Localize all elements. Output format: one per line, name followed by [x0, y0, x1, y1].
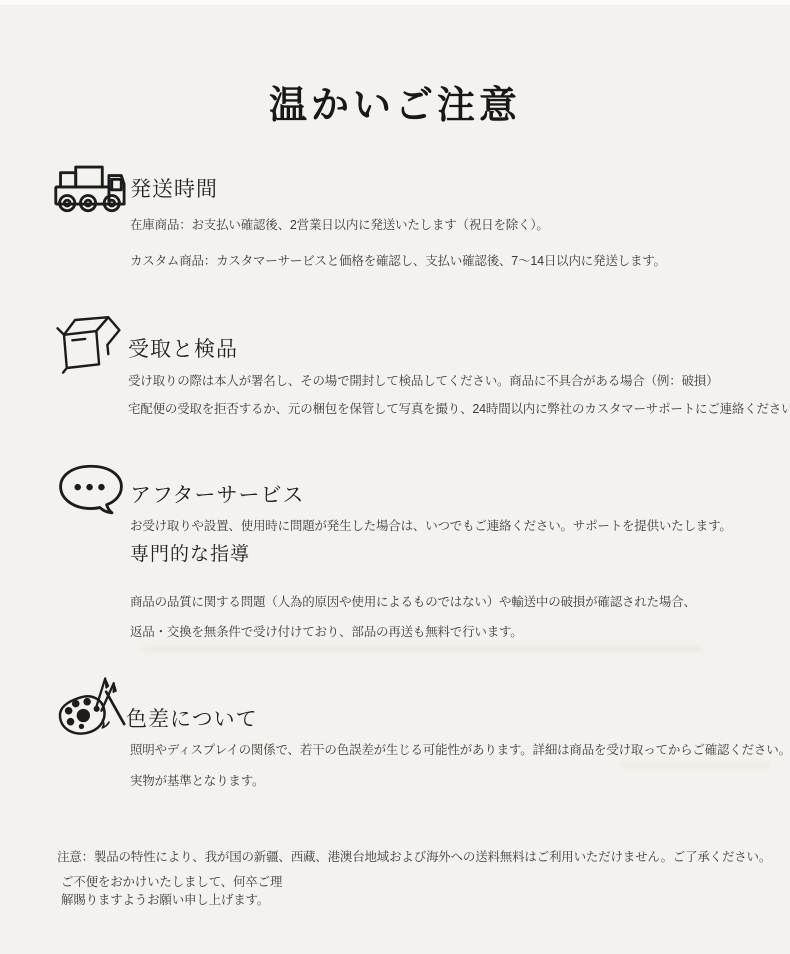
aftersales-line-1: お受け取りや設置、使用時に問題が発生した場合は、いつでもご連絡ください。サポート… — [130, 516, 732, 534]
note-line-1: 注意：製品の特性により、我が国の新疆、西藏、港澳台地域および海外への送料無料はご… — [57, 847, 771, 865]
section-heading-aftersales: アフターサービス — [130, 479, 305, 509]
shipping-line-2: カスタム商品：カスタマーサービスと価格を確認し、支払い確認後、7～14日以内に発… — [130, 251, 666, 269]
package-box-icon — [52, 310, 124, 378]
section-heading-shipping: 発送時間 — [130, 173, 218, 203]
receiving-line-1: 受け取りの際は本人が署名し、その場で開封して検品してください。商品に不具合がある… — [128, 371, 718, 389]
notice-page: 温かいご注意 発送時間 在庫商品：お支払い確認後、2営業日以内に発送いたします（… — [0, 0, 790, 954]
aftersales-line-2: 商品の品質に関する問題（人為的原因や使用によるものではない）や輸送中の破損が確認… — [130, 592, 696, 610]
section-heading-receiving: 受取と検品 — [128, 333, 238, 363]
ghost-text-artifact — [620, 762, 770, 767]
page-title: 温かいご注意 — [0, 74, 790, 129]
speech-bubble-icon — [53, 461, 129, 519]
ghost-text-artifact — [142, 646, 702, 652]
section-heading-color: 色差について — [126, 703, 258, 733]
paint-palette-icon — [52, 670, 128, 742]
color-line-2: 実物が基準となります。 — [130, 771, 264, 789]
receiving-line-2: 宅配便の受取を拒否するか、元の梱包を保管して写真を撮り、24時間以内に弊社のカス… — [128, 399, 790, 417]
aftersales-line-3: 返品・交換を無条件で受け付けており、部品の再送も無料で行います。 — [130, 622, 523, 640]
shipping-line-1: 在庫商品：お支払い確認後、2営業日以内に発送いたします（祝日を除く）。 — [130, 215, 549, 233]
truck-icon — [52, 158, 126, 214]
top-strip — [0, 0, 790, 5]
sub-heading-guidance: 専門的な指導 — [130, 539, 250, 566]
color-line-1: 照明やディスプレイの関係で、若干の色誤差が生じる可能性があります。詳細は商品を受… — [130, 740, 790, 758]
note-line-2: ご不便をおかけいたしまして、何卒ご理解賜りますようお願い申し上げます。 — [61, 873, 293, 909]
